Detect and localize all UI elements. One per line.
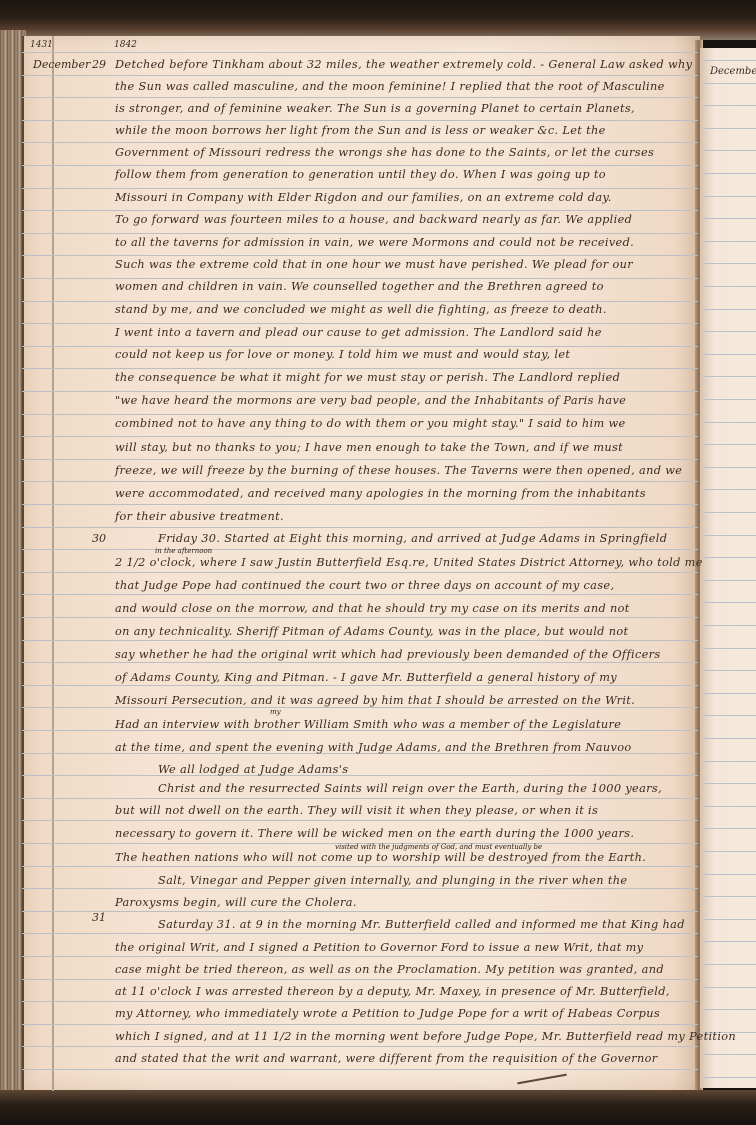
ruled-line bbox=[22, 1024, 698, 1025]
book-cover-bottom bbox=[0, 1090, 756, 1125]
ruled-line bbox=[22, 368, 698, 369]
text-line: Salt, Vinegar and Pepper given internall… bbox=[158, 874, 728, 887]
day-29: 29 bbox=[92, 58, 106, 71]
ruled-line bbox=[22, 481, 698, 482]
text-line: at the time, and spent the evening with … bbox=[115, 741, 685, 754]
ruled-line bbox=[22, 233, 698, 234]
ruled-line bbox=[22, 798, 698, 799]
day-30: 30 bbox=[92, 532, 106, 545]
ruled-line bbox=[22, 1001, 698, 1002]
ruled-line bbox=[703, 105, 756, 106]
ruled-line bbox=[22, 278, 698, 279]
text-line: stand by me, and we concluded we might a… bbox=[115, 303, 685, 316]
ruled-line bbox=[703, 354, 756, 355]
page-number: 1431 bbox=[30, 40, 53, 50]
text-line: case might be tried thereon, as well as … bbox=[115, 963, 685, 976]
text-line: follow them from generation to generatio… bbox=[115, 168, 685, 181]
ruled-line bbox=[22, 97, 698, 98]
text-line: 2 1/2 o'clock, where I saw Justin Butter… bbox=[115, 556, 685, 569]
text-line: Saturday 31. at 9 in the morning Mr. But… bbox=[158, 918, 728, 931]
text-line: women and children in vain. We counselle… bbox=[115, 280, 685, 293]
ruled-line bbox=[22, 120, 698, 121]
ruled-line bbox=[22, 323, 698, 324]
interlinear-note: my bbox=[270, 708, 281, 716]
ruled-line bbox=[703, 693, 756, 694]
text-line: which I signed, and at 11 1/2 in the mor… bbox=[115, 1030, 685, 1043]
text-line: Paroxysms begin, will cure the Cholera. bbox=[115, 896, 685, 909]
ruled-line bbox=[703, 150, 756, 151]
text-line: the original Writ, and I signed a Petiti… bbox=[115, 941, 685, 954]
text-line: on any technicality. Sheriff Pitman of A… bbox=[115, 625, 685, 638]
ruled-line bbox=[703, 625, 756, 626]
ruled-line bbox=[703, 987, 756, 988]
ruled-line bbox=[703, 670, 756, 671]
text-line: Christ and the resurrected Saints will r… bbox=[158, 782, 728, 795]
text-line: combined not to have any thing to do wit… bbox=[115, 417, 685, 430]
ruled-line bbox=[703, 602, 756, 603]
ruled-line bbox=[703, 422, 756, 423]
text-line: The heathen nations who will not come up… bbox=[115, 851, 685, 864]
ruled-line bbox=[22, 255, 698, 256]
text-line: Missouri in Company with Elder Rigdon an… bbox=[115, 191, 685, 204]
ruled-line bbox=[703, 218, 756, 219]
ruled-line bbox=[22, 888, 698, 889]
ruled-line bbox=[22, 165, 698, 166]
ruled-line bbox=[703, 196, 756, 197]
ruled-line bbox=[703, 512, 756, 513]
text-line: the consequence be what it might for we … bbox=[115, 371, 685, 384]
facing-page-month: December bbox=[710, 66, 756, 77]
ruled-line bbox=[22, 1069, 698, 1070]
ruled-line bbox=[22, 414, 698, 415]
text-line: Had an interview with brother William Sm… bbox=[115, 718, 685, 731]
text-line: but will not dwell on the earth. They wi… bbox=[115, 804, 685, 817]
ruled-line bbox=[22, 866, 698, 867]
ruled-line bbox=[22, 956, 698, 957]
text-line: that Judge Pope had continued the court … bbox=[115, 579, 685, 592]
ruled-line bbox=[22, 820, 698, 821]
text-line: I went into a tavern and plead our cause… bbox=[115, 326, 685, 339]
ruled-line bbox=[703, 1077, 756, 1078]
ruled-line bbox=[703, 241, 756, 242]
ruled-line bbox=[703, 738, 756, 739]
text-line: Detched before Tinkham about 32 miles, t… bbox=[115, 58, 685, 71]
ruled-line bbox=[22, 617, 698, 618]
ruled-line bbox=[703, 1009, 756, 1010]
month-label: December bbox=[33, 58, 90, 71]
ruled-line bbox=[703, 399, 756, 400]
text-line: "we have heard the mormons are very bad … bbox=[115, 394, 685, 407]
interlinear-note: visited with the judgments of God, and m… bbox=[335, 843, 542, 851]
text-line: of Adams County, King and Pitman. - I ga… bbox=[115, 671, 685, 684]
ruled-line bbox=[22, 142, 698, 143]
ruled-line bbox=[703, 467, 756, 468]
ruled-line bbox=[703, 557, 756, 558]
text-line: necessary to govern it. There will be wi… bbox=[115, 827, 685, 840]
ruled-line bbox=[703, 964, 756, 965]
ruled-line bbox=[22, 911, 698, 912]
ruled-line bbox=[703, 444, 756, 445]
interlinear-note: in the afternoon bbox=[155, 547, 212, 555]
text-line: my Attorney, who immediately wrote a Pet… bbox=[115, 1007, 685, 1020]
text-line: the Sun was called masculine, and the mo… bbox=[115, 80, 685, 93]
text-line: To go forward was fourteen miles to a ho… bbox=[115, 213, 685, 226]
text-line: Friday 30. Started at Eight this morning… bbox=[158, 532, 728, 545]
book-cover-top bbox=[0, 0, 756, 40]
text-line: Such was the extreme cold that in one ho… bbox=[115, 258, 685, 271]
ruled-line bbox=[703, 761, 756, 762]
ruled-line bbox=[703, 286, 756, 287]
ruled-line bbox=[22, 436, 698, 437]
ruled-line bbox=[22, 549, 698, 550]
text-line: for their abusive treatment. bbox=[115, 510, 685, 523]
text-line: while the moon borrows her light from th… bbox=[115, 124, 685, 137]
text-line: We all lodged at Judge Adams's bbox=[158, 763, 728, 776]
ruled-line bbox=[703, 83, 756, 84]
ruled-line bbox=[703, 851, 756, 852]
ruled-line bbox=[22, 459, 698, 460]
ruled-line bbox=[22, 301, 698, 302]
day-31: 31 bbox=[92, 911, 106, 924]
ruled-line bbox=[22, 685, 698, 686]
ruled-line bbox=[22, 979, 698, 980]
ruled-line bbox=[22, 640, 698, 641]
ruled-line bbox=[22, 707, 698, 708]
ruled-line bbox=[703, 173, 756, 174]
text-line: freeze, we will freeze by the burning of… bbox=[115, 464, 685, 477]
text-line: is stronger, and of feminine weaker. The… bbox=[115, 102, 685, 115]
text-line: to all the taverns for admission in vain… bbox=[115, 236, 685, 249]
text-line: Missouri Persecution, and it was agreed … bbox=[115, 694, 685, 707]
ruled-line bbox=[22, 594, 698, 595]
ruled-line bbox=[703, 580, 756, 581]
ruled-line bbox=[703, 806, 756, 807]
ruled-line bbox=[703, 309, 756, 310]
ruled-line bbox=[703, 60, 756, 61]
year-heading: 1842 bbox=[114, 40, 137, 50]
ruled-line bbox=[22, 572, 698, 573]
ruled-line bbox=[703, 648, 756, 649]
ruled-line bbox=[703, 331, 756, 332]
ruled-line bbox=[703, 1054, 756, 1055]
text-line: and would close on the morrow, and that … bbox=[115, 602, 685, 615]
ruled-line bbox=[703, 376, 756, 377]
ruled-line bbox=[22, 391, 698, 392]
ruled-line bbox=[22, 346, 698, 347]
ruled-line bbox=[703, 715, 756, 716]
text-line: and stated that the writ and warrant, we… bbox=[115, 1052, 685, 1065]
text-line: at 11 o'clock I was arrested thereon by … bbox=[115, 985, 685, 998]
text-line: will stay, but no thanks to you; I have … bbox=[115, 441, 685, 454]
ruled-line bbox=[703, 941, 756, 942]
text-line: were accommodated, and received many apo… bbox=[115, 487, 685, 500]
ruled-line bbox=[703, 489, 756, 490]
ruled-line bbox=[22, 188, 698, 189]
ruled-line bbox=[22, 210, 698, 211]
ruled-line bbox=[703, 128, 756, 129]
text-line: say whether he had the original writ whi… bbox=[115, 648, 685, 661]
ruled-line bbox=[22, 933, 698, 934]
text-line: Government of Missouri redress the wrong… bbox=[115, 146, 685, 159]
ruled-line bbox=[22, 504, 698, 505]
facing-page bbox=[700, 48, 756, 1088]
ruled-line bbox=[22, 662, 698, 663]
text-line: could not keep us for love or money. I t… bbox=[115, 348, 685, 361]
ruled-line bbox=[703, 896, 756, 897]
ruled-line bbox=[22, 1046, 698, 1047]
ruled-line bbox=[703, 828, 756, 829]
ruled-line bbox=[22, 527, 698, 528]
ruled-line bbox=[22, 75, 698, 76]
ruled-line bbox=[22, 52, 698, 53]
ruled-line bbox=[703, 263, 756, 264]
